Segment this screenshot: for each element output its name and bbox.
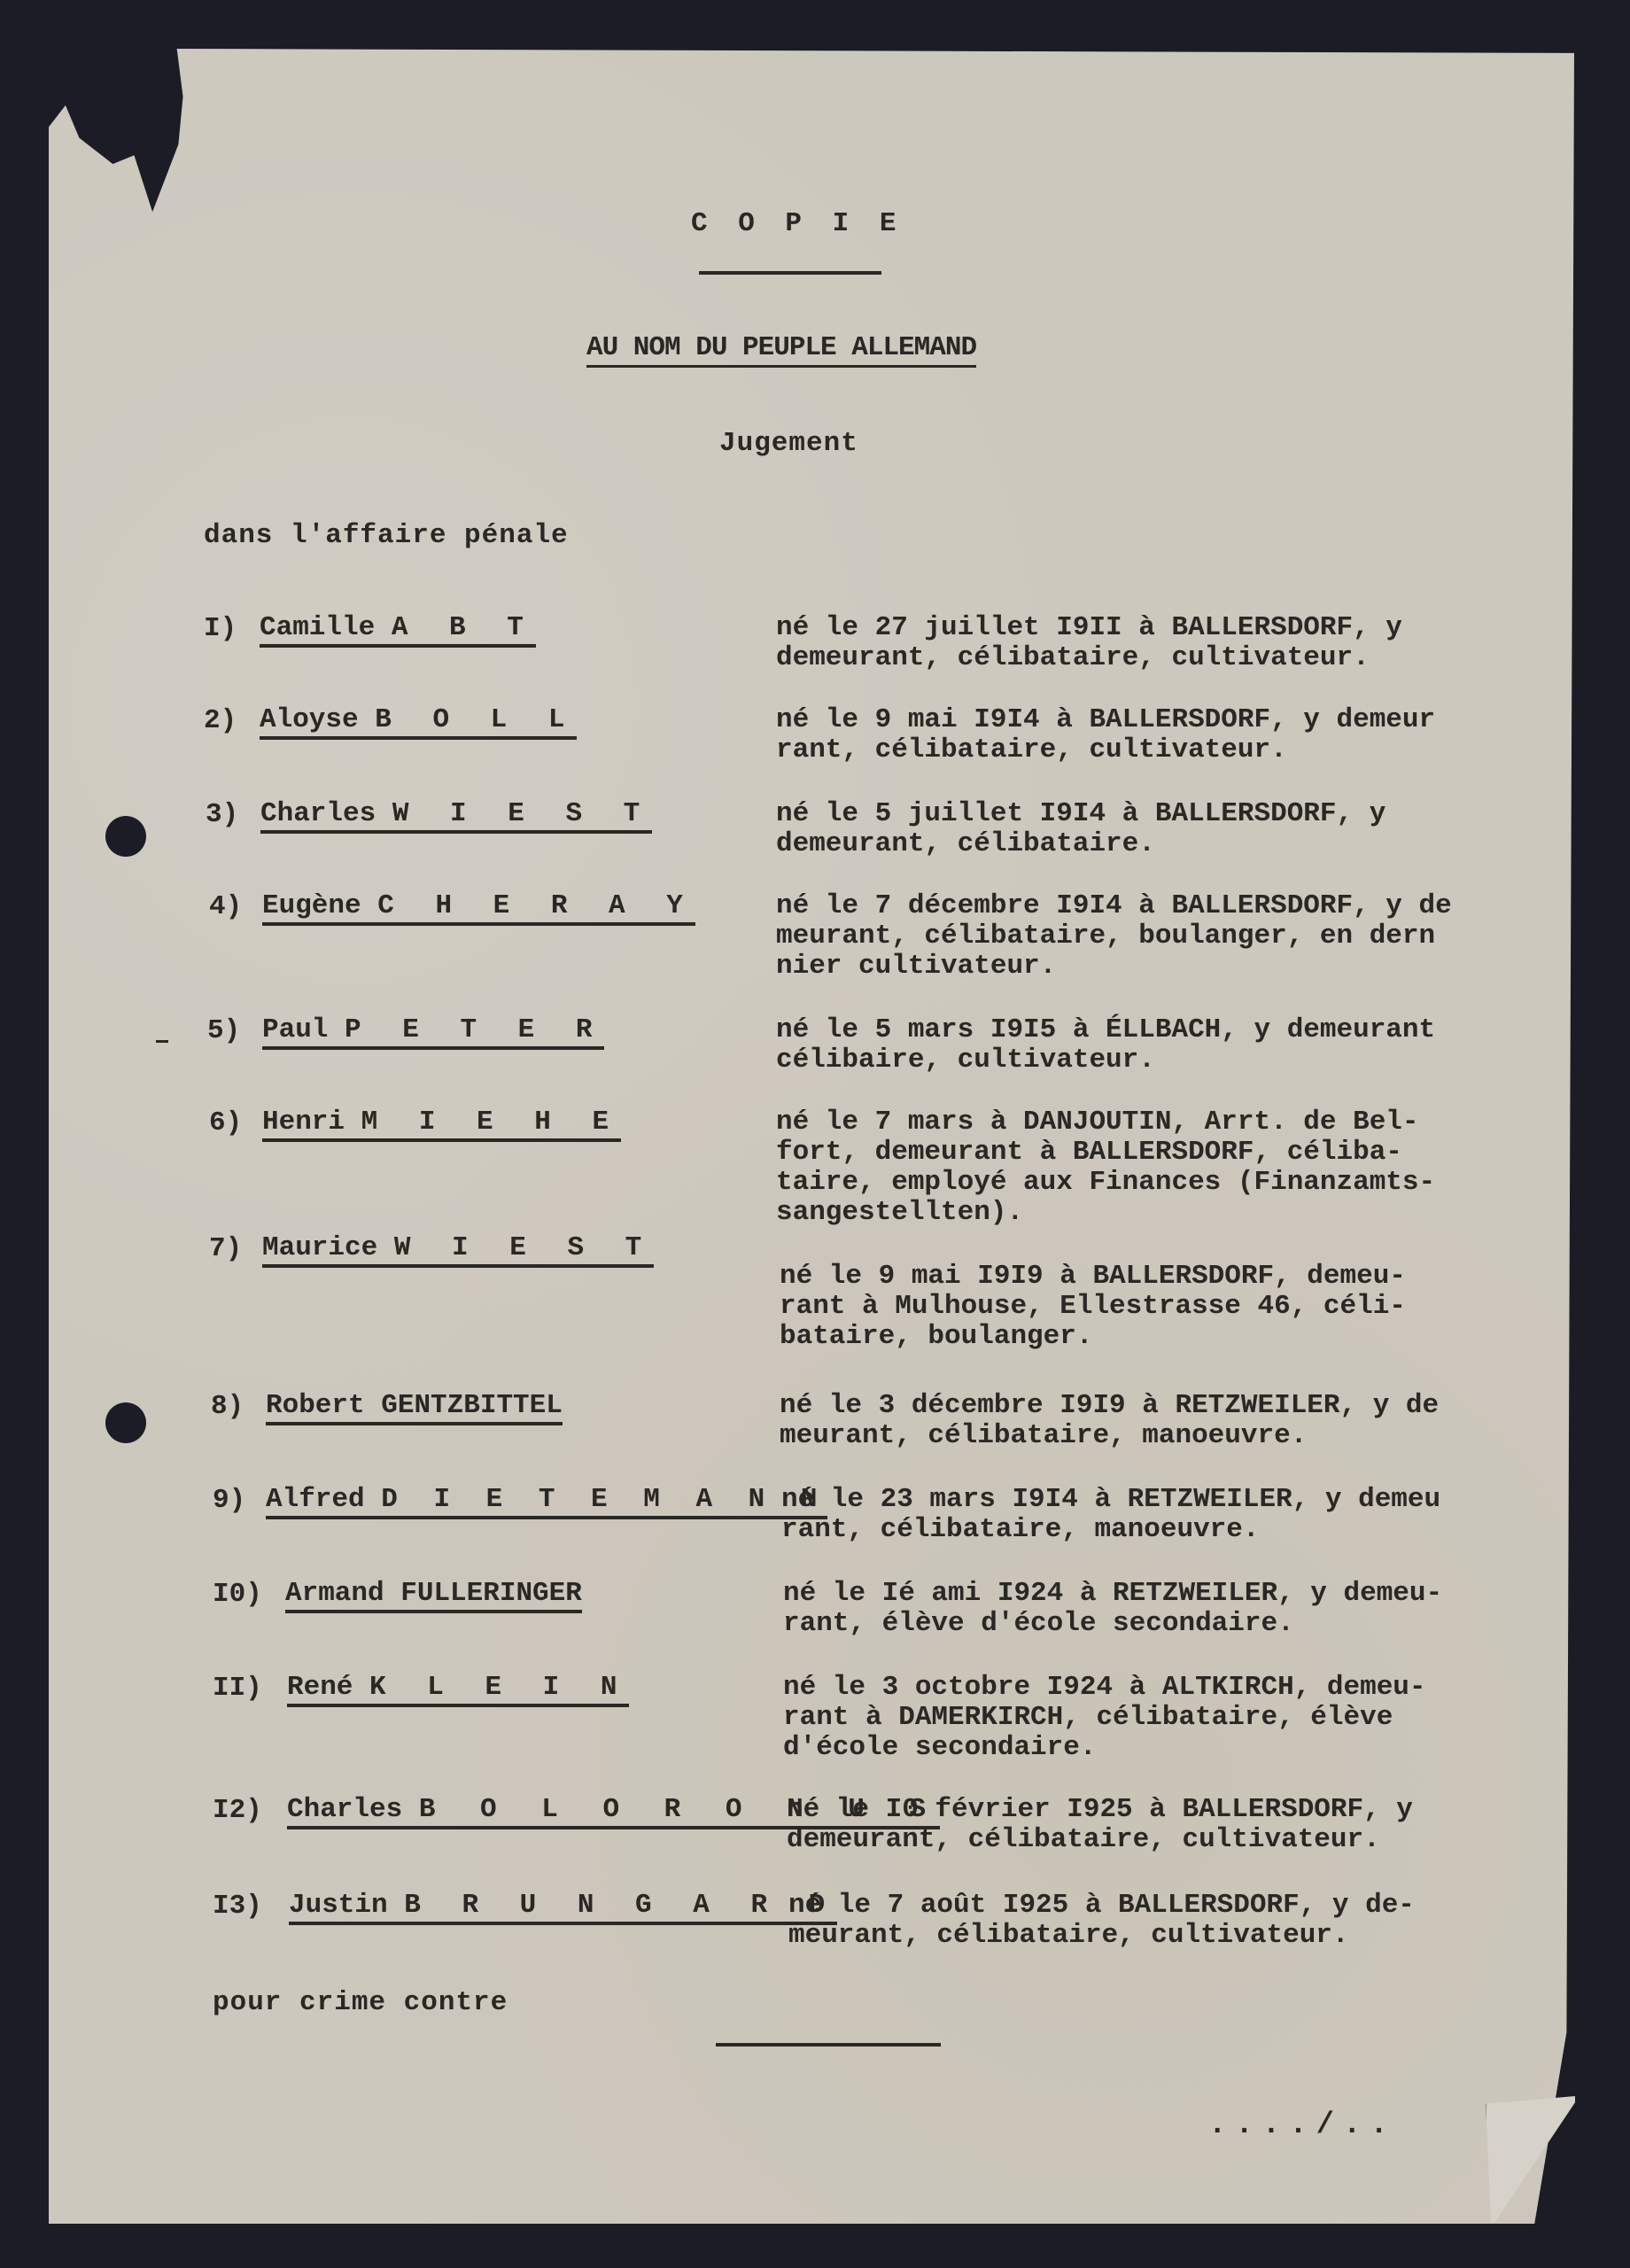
defendant-description: né le 3 décembre I9I9 à RETZWEILER, y de… — [780, 1391, 1541, 1451]
defendant-name: Robert GENTZBITTEL — [266, 1391, 563, 1425]
defendant-name: Armand FULLERINGER — [285, 1579, 582, 1613]
punch-hole — [105, 1402, 146, 1443]
defendant-description: né le 27 juillet I9II à BALLERSDORF, y d… — [776, 613, 1538, 673]
defendant-description: né le 7 décembre I9I4 à BALLERSDORF, y d… — [776, 891, 1538, 982]
defendant-name: Paul P E T E R — [262, 1015, 604, 1050]
defendant-description: né le 9 mai I9I9 à BALLERSDORF, demeu- r… — [780, 1262, 1541, 1352]
entry-number: I2) — [213, 1795, 262, 1826]
document-subtitle: Jugement — [719, 429, 858, 459]
defendant-name: Eugène C H E R A Y — [262, 891, 695, 926]
entry-number: 5) — [207, 1015, 240, 1046]
defendant-name: Alfred D I E T E M A N N — [266, 1485, 827, 1519]
document-title: AU NOM DU PEUPLE ALLEMAND — [586, 333, 976, 368]
defendant-description: né le I0 février I925 à BALLERSDORF, y d… — [787, 1795, 1548, 1855]
entry-number: I) — [204, 613, 237, 644]
defendant-name: Maurice W I E S T — [262, 1233, 654, 1268]
defendant-description: né le 9 mai I9I4 à BALLERSDORF, y demeur… — [776, 705, 1538, 765]
entry-number: 7) — [209, 1233, 242, 1264]
entry-number: I3) — [213, 1891, 262, 1922]
entry-number: 3) — [206, 799, 238, 830]
defendant-description: né le 23 mars I9I4 à RETZWEILER, y demeu… — [781, 1485, 1543, 1545]
defendant-name: Aloyse B O L L — [260, 705, 577, 740]
defendant-description: né le 5 juillet I9I4 à BALLERSDORF, y de… — [776, 799, 1538, 859]
defendant-description: né le Ié ami I924 à RETZWEILER, y demeu-… — [783, 1579, 1545, 1639]
defendant-description: né le 5 mars I9I5 à ÉLLBACH, y demeurant… — [776, 1015, 1538, 1076]
header-copie: C O P I E — [691, 209, 903, 239]
defendant-name: Charles W I E S T — [260, 799, 652, 834]
header-rule — [699, 271, 881, 275]
defendant-name: René K L E I N — [287, 1673, 629, 1707]
closing-text: pour crime contre — [213, 1988, 508, 2018]
intro-text: dans l'affaire pénale — [204, 521, 569, 551]
continuation-mark: ..../.. — [1208, 2110, 1397, 2140]
entry-number: 9) — [213, 1485, 245, 1516]
margin-mark — [156, 1040, 168, 1043]
defendant-name: Justin B R U N G A R D — [289, 1891, 837, 1925]
defendant-name: Camille A B T — [260, 613, 536, 648]
defendant-description: né le 3 octobre I924 à ALTKIRCH, demeu- … — [783, 1673, 1545, 1763]
defendant-description: né le 7 mars à DANJOUTIN, Arrt. de Bel- … — [776, 1107, 1538, 1228]
closing-rule — [716, 2043, 941, 2047]
entry-number: II) — [213, 1673, 262, 1704]
defendant-name: Henri M I E H E — [262, 1107, 621, 1142]
entry-number: I0) — [213, 1579, 262, 1610]
entry-number: 4) — [209, 891, 242, 922]
entry-number: 6) — [209, 1107, 242, 1138]
entry-number: 2) — [204, 705, 237, 736]
punch-hole — [105, 816, 146, 857]
entry-number: 8) — [211, 1391, 244, 1422]
defendant-description: né le 7 août I925 à BALLERSDORF, y de- m… — [788, 1891, 1550, 1951]
